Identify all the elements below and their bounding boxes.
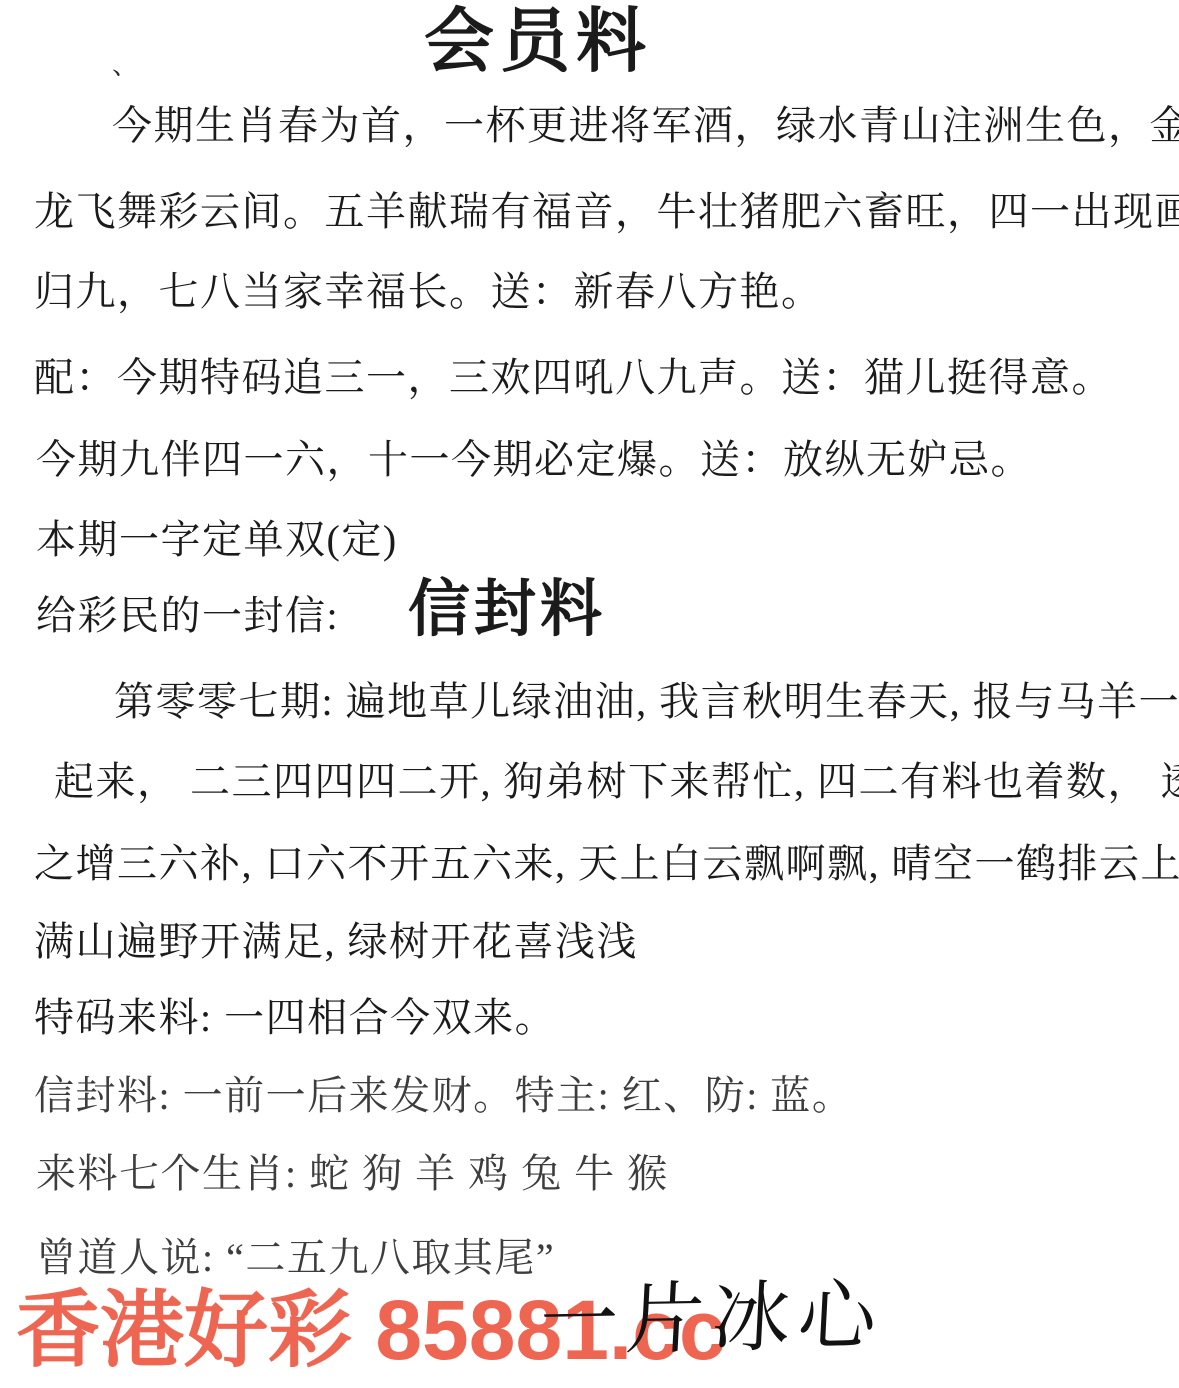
text-line-6: 本期一字定单双(定) [36,518,398,562]
stray-scan-mark: 、 [112,52,138,81]
text-line-12: 信封料: 一前一后来发财。特主: 红、防: 蓝。 [34,1074,853,1118]
scanned-page: 会员料 、 今期生肖春为首，一杯更进将军酒，绿水青山注洲生色，金 龙飞舞彩云间。… [0,0,1179,1388]
text-line-5: 今期九伴四一六，十一今期必定爆。送：放纵无妒忌。 [36,438,1032,482]
text-line-11: 特码来料: 一四相合今双来。 [34,996,556,1040]
handwritten-overlay-text: 一片冰心 [538,1273,887,1365]
text-line-4: 配：今期特码追三一，三欢四吼八九声。送：猫儿挺得意。 [34,356,1113,400]
text-line-10: 满山遍野开满足, 绿树开花喜浅浅 [34,920,638,964]
envelope-section-title: 信封料 [408,576,606,644]
text-line-8: 起来， 二三四四四二开, 狗弟树下来帮忙, 四二有料也着数， 透风 [54,760,1179,804]
text-line-7: 第零零七期: 遍地草儿绿油油, 我言秋明生春天, 报与马羊一 [114,680,1179,724]
text-line-9: 之增三六补, 口六不开五六来, 天上白云飘啊飘, 晴空一鹤排云上, [34,842,1179,886]
text-line-14: 曾道人说: “二五九八取其尾” [36,1236,555,1280]
envelope-lead-in: 给彩民的一封信: [36,594,339,638]
text-line-1: 今期生肖春为首，一杯更进将军酒，绿水青山注洲生色，金 [112,104,1179,148]
text-line-2: 龙飞舞彩云间。五羊献瑞有福音，牛壮猪肥六畜旺，四一出现画 [34,190,1179,234]
text-line-13: 来料七个生肖: 蛇 狗 羊 鸡 兔 牛 猴 [36,1152,669,1196]
text-line-3: 归九，七八当家幸福长。送：新春八方艳。 [34,270,823,314]
member-section-title: 会员料 [424,4,652,81]
